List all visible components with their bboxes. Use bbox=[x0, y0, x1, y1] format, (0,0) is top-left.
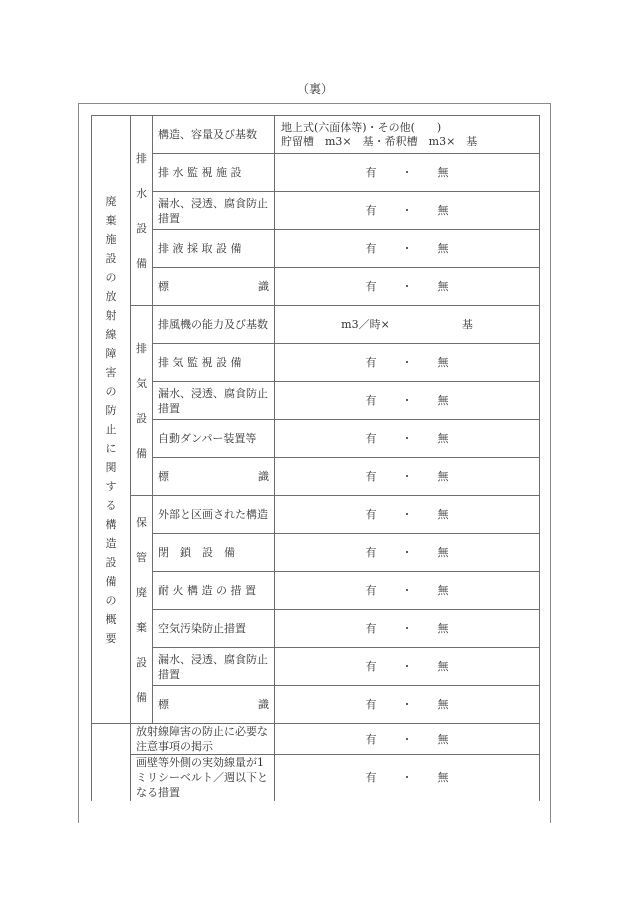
title-char: 棄 bbox=[92, 211, 130, 230]
no-option[interactable]: 無 bbox=[425, 203, 461, 218]
row-label: 自動ダンパー装置等 bbox=[153, 420, 275, 458]
count-unit: 基 bbox=[462, 317, 473, 332]
no-option[interactable]: 無 bbox=[425, 770, 461, 785]
no-option[interactable]: 無 bbox=[425, 732, 461, 747]
table-row: 標識 有・無 bbox=[92, 458, 540, 496]
no-option[interactable]: 無 bbox=[425, 545, 461, 560]
yes-option[interactable]: 有 bbox=[353, 165, 389, 180]
yes-no-choice: 有・無 bbox=[275, 496, 540, 534]
row-label: 構造、容量及び基数 bbox=[153, 116, 275, 154]
row-label: 外部と区画された構造 bbox=[153, 496, 275, 534]
no-option[interactable]: 無 bbox=[425, 165, 461, 180]
yes-no-choice: 有・無 bbox=[275, 686, 540, 724]
table-row: 標識 有・無 bbox=[92, 686, 540, 724]
yes-no-choice: 有・無 bbox=[275, 458, 540, 496]
yes-option[interactable]: 有 bbox=[353, 659, 389, 674]
title-char: 障 bbox=[92, 344, 130, 363]
yes-no-choice: 有・無 bbox=[275, 534, 540, 572]
table-row: 漏水、浸透、腐食防止措置 有・無 bbox=[92, 192, 540, 230]
separator: ・ bbox=[389, 355, 425, 370]
yes-option[interactable]: 有 bbox=[353, 507, 389, 522]
title-char: る bbox=[92, 496, 130, 515]
table-row: 排 液 採 取 設 備 有・無 bbox=[92, 230, 540, 268]
yes-option[interactable]: 有 bbox=[353, 583, 389, 598]
yes-option[interactable]: 有 bbox=[353, 279, 389, 294]
yes-no-choice: 有・無 bbox=[275, 724, 540, 755]
table-row: 標識 有・無 bbox=[92, 268, 540, 306]
title-char: の bbox=[92, 382, 130, 401]
group-char: 管 bbox=[131, 540, 152, 575]
structure-capacity-value: 地上式(六面体等)・その他( ) 貯留槽 m3× 基・希釈槽 m3× 基 bbox=[275, 116, 540, 154]
no-option[interactable]: 無 bbox=[425, 431, 461, 446]
group-char: 設 bbox=[131, 211, 152, 246]
row-label: 放射線障害の防止に必要な注意事項の掲示 bbox=[131, 724, 275, 755]
row-label: 排 気 監 視 設 備 bbox=[153, 344, 275, 382]
row-label: 空気汚染防止措置 bbox=[153, 610, 275, 648]
no-option[interactable]: 無 bbox=[425, 697, 461, 712]
no-option[interactable]: 無 bbox=[425, 469, 461, 484]
no-option[interactable]: 無 bbox=[425, 393, 461, 408]
yes-option[interactable]: 有 bbox=[353, 241, 389, 256]
yes-option[interactable]: 有 bbox=[353, 203, 389, 218]
yes-no-choice: 有・無 bbox=[275, 268, 540, 306]
separator: ・ bbox=[389, 621, 425, 636]
no-option[interactable]: 無 bbox=[425, 583, 461, 598]
table-row: 閉 鎖 設 備 有・無 bbox=[92, 534, 540, 572]
no-option[interactable]: 無 bbox=[425, 659, 461, 674]
title-char: 要 bbox=[92, 629, 130, 648]
group-char: 棄 bbox=[131, 610, 152, 645]
group-char: 備 bbox=[131, 680, 152, 715]
separator: ・ bbox=[389, 583, 425, 598]
yes-no-choice: 有・無 bbox=[275, 572, 540, 610]
table-row: 自動ダンパー装置等 有・無 bbox=[92, 420, 540, 458]
separator: ・ bbox=[389, 770, 425, 785]
table-row: 空気汚染防止措置 有・無 bbox=[92, 610, 540, 648]
yes-option[interactable]: 有 bbox=[353, 621, 389, 636]
table-row: 保 管 廃 棄 設 備 外部と区画された構造 有・無 bbox=[92, 496, 540, 534]
facility-structure-table: 廃 棄 施 設 の 放 射 線 障 害 の 防 止 に 関 す る 構 造 設 bbox=[91, 115, 540, 801]
title-char: 放 bbox=[92, 287, 130, 306]
no-option[interactable]: 無 bbox=[425, 279, 461, 294]
title-char: 構 bbox=[92, 515, 130, 534]
label-left: 標 bbox=[158, 697, 169, 712]
yes-option[interactable]: 有 bbox=[353, 393, 389, 408]
title-char: 造 bbox=[92, 534, 130, 553]
group-char: 廃 bbox=[131, 575, 152, 610]
yes-no-choice: 有・無 bbox=[275, 230, 540, 268]
separator: ・ bbox=[389, 732, 425, 747]
separator: ・ bbox=[389, 431, 425, 446]
label-left: 標 bbox=[158, 279, 169, 294]
label-right: 識 bbox=[258, 279, 269, 294]
value-line-1: 地上式(六面体等)・その他( ) bbox=[281, 121, 539, 135]
label-right: 識 bbox=[258, 469, 269, 484]
row-label: 漏水、浸透、腐食防止措置 bbox=[153, 648, 275, 686]
yes-no-choice: 有・無 bbox=[275, 648, 540, 686]
yes-no-choice: 有・無 bbox=[275, 420, 540, 458]
yes-option[interactable]: 有 bbox=[353, 697, 389, 712]
title-char: 害 bbox=[92, 363, 130, 382]
separator: ・ bbox=[389, 697, 425, 712]
table-row: 排 水 監 視 施 設 有・無 bbox=[92, 154, 540, 192]
title-char: 線 bbox=[92, 325, 130, 344]
table-row: 画壁等外側の実効線量が1ミリシーベルト／週以下となる措置 有・無 bbox=[92, 755, 540, 801]
yes-no-choice: 有・無 bbox=[275, 344, 540, 382]
yes-option[interactable]: 有 bbox=[353, 770, 389, 785]
title-char: 関 bbox=[92, 458, 130, 477]
yes-no-choice: 有・無 bbox=[275, 755, 540, 801]
title-char: 止 bbox=[92, 420, 130, 439]
row-label: 排 液 採 取 設 備 bbox=[153, 230, 275, 268]
group-char: 設 bbox=[131, 401, 152, 436]
row-label: 排 水 監 視 施 設 bbox=[153, 154, 275, 192]
table-row: 漏水、浸透、腐食防止措置 有・無 bbox=[92, 648, 540, 686]
separator: ・ bbox=[389, 165, 425, 180]
no-option[interactable]: 無 bbox=[425, 241, 461, 256]
yes-option[interactable]: 有 bbox=[353, 732, 389, 747]
yes-no-choice: 有・無 bbox=[275, 382, 540, 420]
no-option[interactable]: 無 bbox=[425, 621, 461, 636]
yes-option[interactable]: 有 bbox=[353, 355, 389, 370]
title-char: 概 bbox=[92, 610, 130, 629]
title-char: に bbox=[92, 439, 130, 458]
row-label: 閉 鎖 設 備 bbox=[153, 534, 275, 572]
title-char: の bbox=[92, 268, 130, 287]
title-char: 射 bbox=[92, 306, 130, 325]
table-row: 排 気 監 視 設 備 有・無 bbox=[92, 344, 540, 382]
yes-no-choice: 有・無 bbox=[275, 154, 540, 192]
separator: ・ bbox=[389, 279, 425, 294]
yes-no-choice: 有・無 bbox=[275, 610, 540, 648]
table-row: 放射線障害の防止に必要な注意事項の掲示 有・無 bbox=[92, 724, 540, 755]
separator: ・ bbox=[389, 241, 425, 256]
fan-capacity-value: m3／時×基 bbox=[275, 306, 540, 344]
group-char: 気 bbox=[131, 366, 152, 401]
title-char: の bbox=[92, 591, 130, 610]
separator: ・ bbox=[389, 507, 425, 522]
separator: ・ bbox=[389, 659, 425, 674]
title-char: 施 bbox=[92, 230, 130, 249]
no-option[interactable]: 無 bbox=[425, 355, 461, 370]
group-char: 水 bbox=[131, 176, 152, 211]
page-heading: （裏） bbox=[0, 80, 630, 97]
group-char: 排 bbox=[131, 141, 152, 176]
group-char: 保 bbox=[131, 505, 152, 540]
group-char: 備 bbox=[131, 246, 152, 281]
yes-no-choice: 有・無 bbox=[275, 192, 540, 230]
empty-cell bbox=[92, 724, 131, 801]
table-row: 排 気 設 備 排風機の能力及び基数 m3／時×基 bbox=[92, 306, 540, 344]
yes-option[interactable]: 有 bbox=[353, 545, 389, 560]
table-row: 耐 火 構 造 の 措 置 有・無 bbox=[92, 572, 540, 610]
yes-option[interactable]: 有 bbox=[353, 469, 389, 484]
label-left: 標 bbox=[158, 469, 169, 484]
value-line-2: 貯留槽 m3× 基・希釈槽 m3× 基 bbox=[281, 135, 539, 149]
row-label: 標識 bbox=[153, 268, 275, 306]
exhaust-group-label: 排 気 設 備 bbox=[131, 306, 153, 496]
separator: ・ bbox=[389, 545, 425, 560]
yes-option[interactable]: 有 bbox=[353, 431, 389, 446]
row-label: 耐 火 構 造 の 措 置 bbox=[153, 572, 275, 610]
row-label: 漏水、浸透、腐食防止措置 bbox=[153, 192, 275, 230]
row-label: 画壁等外側の実効線量が1ミリシーベルト／週以下となる措置 bbox=[131, 755, 275, 801]
title-char: 防 bbox=[92, 401, 130, 420]
group-char: 設 bbox=[131, 645, 152, 680]
capacity-unit: m3／時× bbox=[341, 317, 390, 332]
storage-group-label: 保 管 廃 棄 設 備 bbox=[131, 496, 153, 724]
title-char: 設 bbox=[92, 249, 130, 268]
group-char: 排 bbox=[131, 331, 152, 366]
row-label: 標識 bbox=[153, 686, 275, 724]
title-char: す bbox=[92, 477, 130, 496]
group-char: 備 bbox=[131, 436, 152, 471]
separator: ・ bbox=[389, 393, 425, 408]
row-label: 漏水、浸透、腐食防止措置 bbox=[153, 382, 275, 420]
row-label: 排風機の能力及び基数 bbox=[153, 306, 275, 344]
separator: ・ bbox=[389, 469, 425, 484]
drainage-group-label: 排 水 設 備 bbox=[131, 116, 153, 306]
title-char: 備 bbox=[92, 572, 130, 591]
row-label: 標識 bbox=[153, 458, 275, 496]
no-option[interactable]: 無 bbox=[425, 507, 461, 522]
table-row: 廃 棄 施 設 の 放 射 線 障 害 の 防 止 に 関 す る 構 造 設 bbox=[92, 116, 540, 154]
title-char: 廃 bbox=[92, 192, 130, 211]
label-right: 識 bbox=[258, 697, 269, 712]
main-section-title: 廃 棄 施 設 の 放 射 線 障 害 の 防 止 に 関 す る 構 造 設 bbox=[92, 116, 131, 724]
separator: ・ bbox=[389, 203, 425, 218]
title-char: 設 bbox=[92, 553, 130, 572]
table-row: 漏水、浸透、腐食防止措置 有・無 bbox=[92, 382, 540, 420]
